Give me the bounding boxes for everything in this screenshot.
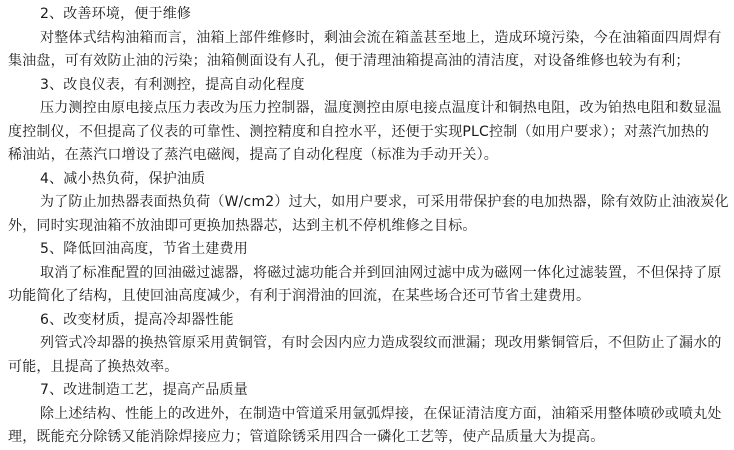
section-heading: 3、改良仪表，有利测控，提高自动化程度 [8,74,730,98]
paragraph-line: 可能，且提高了换热效率。 [8,356,730,380]
paragraph-line: 集油盘，可有效防止油的污染；油箱侧面设有人孔，便于清理油箱提高油的清洁度，对设备… [8,50,730,74]
paragraph-line: 列管式冷却器的换热管原采用黄铜管，有时会因内应力造成裂纹而泄漏；现改用紫铜管后，… [8,332,730,356]
paragraph-line: 为了防止加热器表面热负荷（W/cm2）过大，如用户要求，可采用带保护套的电加热器… [8,191,730,215]
paragraph-line: 稀油站，在蒸汽口增设了蒸汽电磁阀，提高了自动化程度（标准为手动开关）。 [8,144,730,168]
paragraph-line: 除上述结构、性能上的改进外，在制造中管道采用氩弧焊接，在保证清洁度方面，油箱采用… [8,403,730,427]
paragraph-line: 压力测控由原电接点压力表改为压力控制器，温度测控由原电接点温度计和铜热电阻，改为… [8,97,730,121]
section-heading: 5、降低回油高度，节省土建费用 [8,238,730,262]
paragraph-line: 功能简化了结构，且使回油高度减少，有利于润滑油的回流，在某些场合还可节省土建费用… [8,285,730,309]
section-heading: 7、改进制造工艺，提高产品质量 [8,379,730,403]
paragraph-line: 取消了标准配置的回油磁过滤器，将磁过滤功能合并到回油网过滤中成为磁网一体化过滤装… [8,262,730,286]
document-body: 2、改善环境，便于维修 对整体式结构油箱而言，油箱上部件维修时，剩油会流在箱盖甚… [8,3,730,450]
section-heading: 6、改变材质，提高冷却器性能 [8,309,730,333]
paragraph-line: 外，同时实现油箱不放油即可更换加热器芯，达到主机不停机维修之目标。 [8,215,730,239]
section-heading: 4、减小热负荷，保护油质 [8,168,730,192]
section-heading: 2、改善环境，便于维修 [8,3,730,27]
paragraph-line: 度控制仪，不但提高了仪表的可靠性、测控精度和自控水平，还便于实现PLC控制（如用… [8,121,730,145]
paragraph-line: 理，既能充分除锈又能消除焊接应力；管道除锈采用四合一磷化工艺等，使产品质量大为提… [8,426,730,450]
paragraph-line: 对整体式结构油箱而言，油箱上部件维修时，剩油会流在箱盖甚至地上，造成环境污染，今… [8,27,730,51]
